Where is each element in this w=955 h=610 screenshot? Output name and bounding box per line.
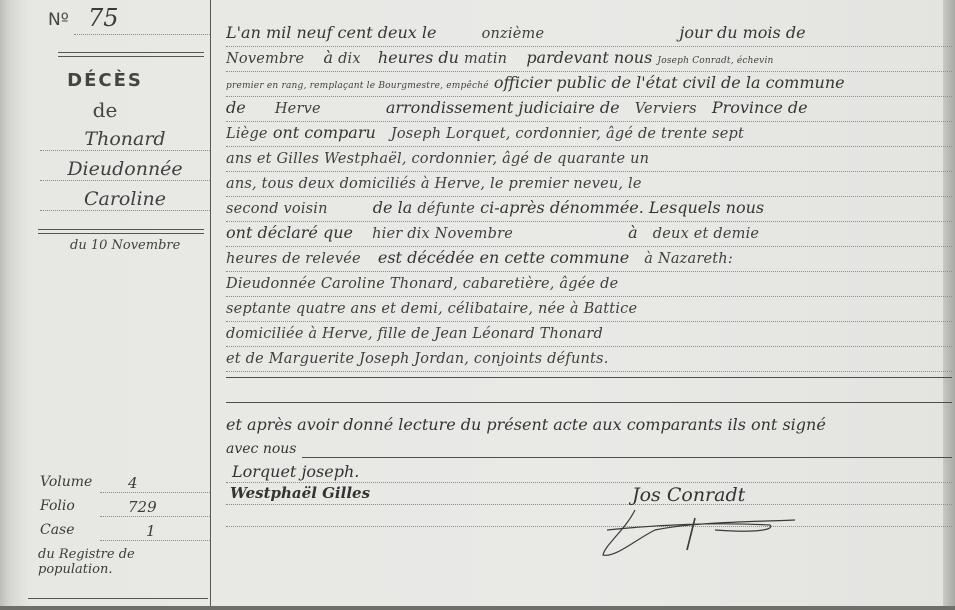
handwritten-month: Novembre	[226, 51, 304, 67]
act-line-7: ans, tous deux domiciliés à Herve, le pr…	[226, 170, 952, 197]
printed-text: arrondissement judiciaire de	[386, 98, 620, 117]
printed-text: pardevant nous	[526, 48, 652, 67]
closing-line-1: et après avoir donné lecture du présent …	[226, 412, 952, 438]
signature-flourish-icon	[595, 500, 815, 560]
act-number-dotted-line	[74, 34, 210, 35]
printed-text: ont comparu	[273, 123, 376, 142]
handwritten-declarant-1: Joseph Lorquet, cordonnier, âgé de trent…	[391, 126, 744, 142]
case-label: Case	[40, 522, 75, 538]
handwritten-mother: et de Marguerite Joseph Jordan, conjoint…	[226, 351, 609, 367]
act-line-5: Liège ont comparu Joseph Lorquet, cordon…	[226, 120, 952, 147]
margin-rule-bottom	[38, 229, 204, 234]
register-folio: Folio 729	[40, 498, 75, 514]
handwritten-declarant-2: ans et Gilles Westphaël, cordonnier, âgé…	[226, 151, 649, 167]
volume-value: 4	[100, 474, 210, 493]
handwritten-district: Verviers	[635, 101, 697, 117]
handwritten-gender: défunte	[417, 201, 475, 217]
handwritten-commune: Herve	[275, 101, 321, 117]
act-number-value: 75	[88, 4, 119, 32]
printed-closing-text: et après avoir donné lecture du présent …	[226, 415, 826, 434]
signature-witness-1: Lorquet joseph.	[232, 462, 359, 481]
deceased-given-name-2: Caroline	[40, 188, 210, 211]
handwritten-relation: second voisin	[226, 201, 328, 217]
handwritten-place: à Nazareth:	[644, 251, 733, 267]
signature-rule	[302, 457, 952, 458]
record-type-heading: DÉCÈS	[0, 70, 210, 91]
act-line-2: Novembre à dix heures du matin pardevant…	[226, 45, 952, 72]
margin-column: Nº 75 DÉCÈS de Thonard Dieudonnée Caroli…	[0, 0, 210, 606]
register-volume: Volume 4	[40, 474, 92, 490]
volume-label: Volume	[40, 474, 92, 490]
printed-closing-text-2: avec nous	[226, 441, 296, 457]
handwritten-death-hour: deux et demie	[653, 226, 759, 242]
margin-divider	[210, 0, 211, 606]
handwritten-officer: Joseph Conradt, échevin	[657, 56, 773, 66]
signature-line-3	[226, 504, 952, 527]
handwritten-hour: dix	[338, 51, 361, 67]
printed-text: à	[323, 48, 333, 67]
folio-label: Folio	[40, 498, 75, 514]
handwritten-province: Liège	[226, 126, 268, 142]
handwritten-officer-role: premier en rang, remplaçant le Bourgmest…	[226, 81, 489, 91]
act-line-13: domiciliée à Herve, fille de Jean Léonar…	[226, 320, 952, 347]
margin-rule-footer	[28, 598, 208, 600]
act-line-6: ans et Gilles Westphaël, cordonnier, âgé…	[226, 145, 952, 172]
signature-witness-2: Westphaël Gilles	[230, 484, 370, 502]
page-bottom-edge	[0, 606, 955, 610]
printed-text: est décédée en cette commune	[378, 248, 629, 267]
act-rule-1	[226, 377, 952, 378]
folio-value: 729	[100, 498, 210, 517]
case-value: 1	[100, 522, 210, 541]
printed-text: ont déclaré que	[226, 223, 353, 242]
handwritten-time-of-day: heures de relevée	[226, 251, 361, 267]
printed-text: officier public de l'état civil de la co…	[494, 73, 845, 92]
handwritten-declarants-relation: ans, tous deux domiciliés à Herve, le pr…	[226, 176, 642, 192]
margin-rule-top	[58, 52, 204, 57]
act-line-14: et de Marguerite Joseph Jordan, conjoint…	[226, 345, 952, 372]
printed-text: Province de	[712, 98, 808, 117]
printed-text: jour du mois de	[679, 23, 805, 42]
civil-register-page: Nº 75 DÉCÈS de Thonard Dieudonnée Caroli…	[0, 0, 955, 610]
handwritten-residence-father: domiciliée à Herve, fille de Jean Léonar…	[226, 326, 603, 342]
act-number-label: Nº	[48, 10, 69, 30]
act-line-9: ont déclaré que hier dix Novembre à deux…	[226, 220, 952, 247]
record-type-de: de	[0, 98, 210, 122]
printed-text: de	[226, 98, 246, 117]
handwritten-deceased: Dieudonnée Caroline Thonard, cabaretière…	[226, 276, 618, 292]
act-line-12: septante quatre ans et demi, célibataire…	[226, 295, 952, 322]
handwritten-age-birthplace: septante quatre ans et demi, célibataire…	[226, 301, 637, 317]
printed-text: L'an mil neuf cent deux le	[226, 23, 437, 42]
printed-text: de la	[373, 198, 412, 217]
act-body: L'an mil neuf cent deux le onzième jour …	[212, 0, 942, 606]
deceased-given-name-1: Dieudonnée	[40, 158, 210, 181]
handwritten-day: onzième	[482, 26, 545, 42]
act-rule-2	[226, 402, 952, 403]
act-line-1: L'an mil neuf cent deux le onzième jour …	[226, 20, 952, 47]
act-line-4: de Herve arrondissement judiciaire de Ve…	[226, 95, 952, 122]
closing-line-2: avec nous	[226, 436, 952, 462]
margin-date-note: du 10 Novembre	[70, 238, 180, 253]
printed-text: ci-après dénommée. Lesquels nous	[480, 198, 764, 217]
act-line-8: second voisin de la défunte ci-après dén…	[226, 195, 952, 222]
printed-text: à	[628, 223, 638, 242]
printed-text: heures du	[378, 48, 459, 67]
register-case: Case 1	[40, 522, 75, 538]
act-line-3: premier en rang, remplaçant le Bourgmest…	[226, 70, 952, 97]
act-line-11: Dieudonnée Caroline Thonard, cabaretière…	[226, 270, 952, 297]
handwritten-period: matin	[464, 51, 507, 67]
act-line-10: heures de relevée est décédée en cette c…	[226, 245, 952, 272]
deceased-surname: Thonard	[40, 128, 210, 151]
handwritten-death-date: hier dix Novembre	[372, 226, 513, 242]
register-footer: du Registre de population.	[38, 547, 210, 577]
